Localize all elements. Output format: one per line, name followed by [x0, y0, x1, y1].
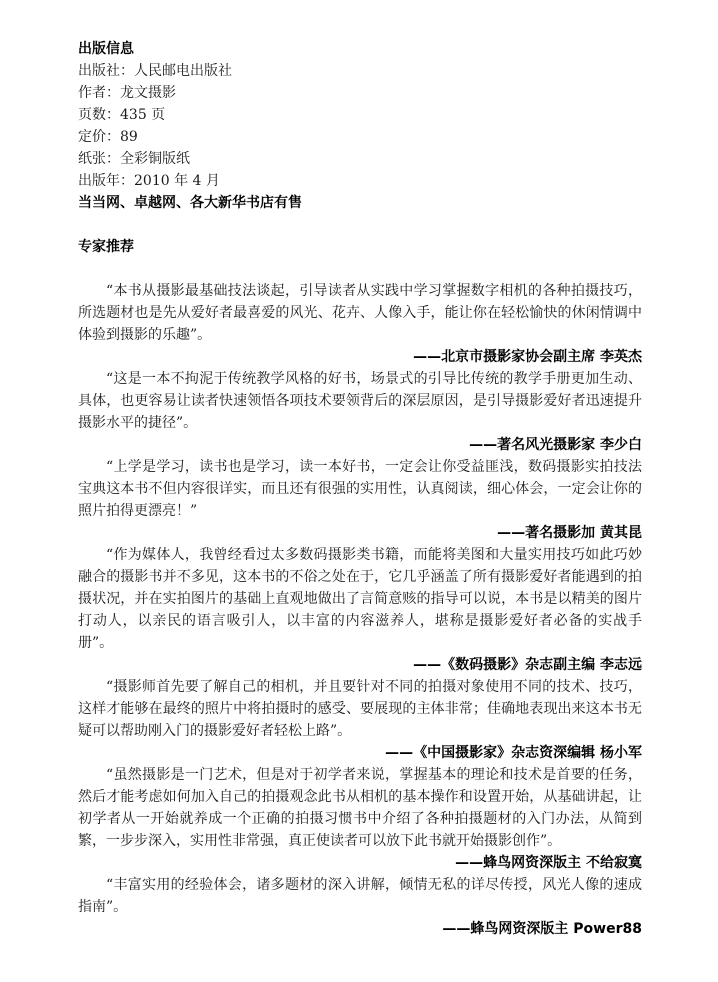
- spacer: [78, 214, 642, 236]
- price-field: 定价：89: [78, 126, 642, 148]
- recommendation-quote: “虽然摄影是一门艺术，但是对于初学者来说，掌握基本的理论和技术是首要的任务，然后…: [78, 764, 642, 852]
- recommendation-attribution: ——著名摄影加 黄其昆: [78, 522, 642, 544]
- recommendation-item: “摄影师首先要了解自己的相机，并且要针对不同的拍摄对象使用不同的技术、技巧，这样…: [78, 676, 642, 764]
- availability-note: 当当网、卓越网、各大新华书店有售: [78, 192, 642, 214]
- recommendation-item: “这是一本不拘泥于传统教学风格的好书，场景式的引导比传统的教学手册更加生动、具体…: [78, 368, 642, 456]
- recommendation-quote: “摄影师首先要了解自己的相机，并且要针对不同的拍摄对象使用不同的技术、技巧，这样…: [78, 676, 642, 742]
- author-field: 作者：龙文摄影: [78, 82, 642, 104]
- publish-date-field: 出版年：2010 年 4 月: [78, 170, 642, 192]
- recommendation-item: “虽然摄影是一门艺术，但是对于初学者来说，掌握基本的理论和技术是首要的任务，然后…: [78, 764, 642, 874]
- recommendation-item: “本书从摄影最基础技法谈起，引导读者从实践中学习掌握数字相机的各种拍摄技巧，所选…: [78, 280, 642, 368]
- recommendation-attribution: ——北京市摄影家协会副主席 李英杰: [78, 346, 642, 368]
- recommendation-item: “丰富实用的经验体会，诸多题材的深入讲解，倾情无私的详尽传授，风光人像的速成指南…: [78, 874, 642, 940]
- recommendation-attribution: ——著名风光摄影家 李少白: [78, 434, 642, 456]
- document-page: 出版信息 出版社：人民邮电出版社 作者：龙文摄影 页数：435 页 定价：89 …: [78, 38, 642, 940]
- recommendations-heading: 专家推荐: [78, 236, 642, 258]
- recommendation-quote: “丰富实用的经验体会，诸多题材的深入讲解，倾情无私的详尽传授，风光人像的速成指南…: [78, 874, 642, 918]
- publisher-field: 出版社：人民邮电出版社: [78, 60, 642, 82]
- recommendation-item: “上学是学习，读书也是学习，读一本好书，一定会让你受益匪浅，数码摄影实拍技法宝典…: [78, 456, 642, 544]
- recommendation-quote: “作为媒体人，我曾经看过太多数码摄影类书籍，而能将美图和大量实用技巧如此巧妙融合…: [78, 544, 642, 654]
- publication-info-heading: 出版信息: [78, 38, 642, 60]
- recommendation-item: “作为媒体人，我曾经看过太多数码摄影类书籍，而能将美图和大量实用技巧如此巧妙融合…: [78, 544, 642, 676]
- pages-field: 页数：435 页: [78, 104, 642, 126]
- recommendation-quote: “本书从摄影最基础技法谈起，引导读者从实践中学习掌握数字相机的各种拍摄技巧，所选…: [78, 280, 642, 346]
- recommendation-attribution: ——蜂鸟网资深版主 不给寂寞: [78, 852, 642, 874]
- recommendation-quote: “上学是学习，读书也是学习，读一本好书，一定会让你受益匪浅，数码摄影实拍技法宝典…: [78, 456, 642, 522]
- recommendation-attribution: ——蜂鸟网资深版主 Power88: [78, 918, 642, 940]
- recommendation-attribution: ——《数码摄影》杂志副主编 李志远: [78, 654, 642, 676]
- recommendation-quote: “这是一本不拘泥于传统教学风格的好书，场景式的引导比传统的教学手册更加生动、具体…: [78, 368, 642, 434]
- paper-field: 纸张：全彩铜版纸: [78, 148, 642, 170]
- recommendation-attribution: ——《中国摄影家》杂志资深编辑 杨小军: [78, 742, 642, 764]
- spacer: [78, 258, 642, 280]
